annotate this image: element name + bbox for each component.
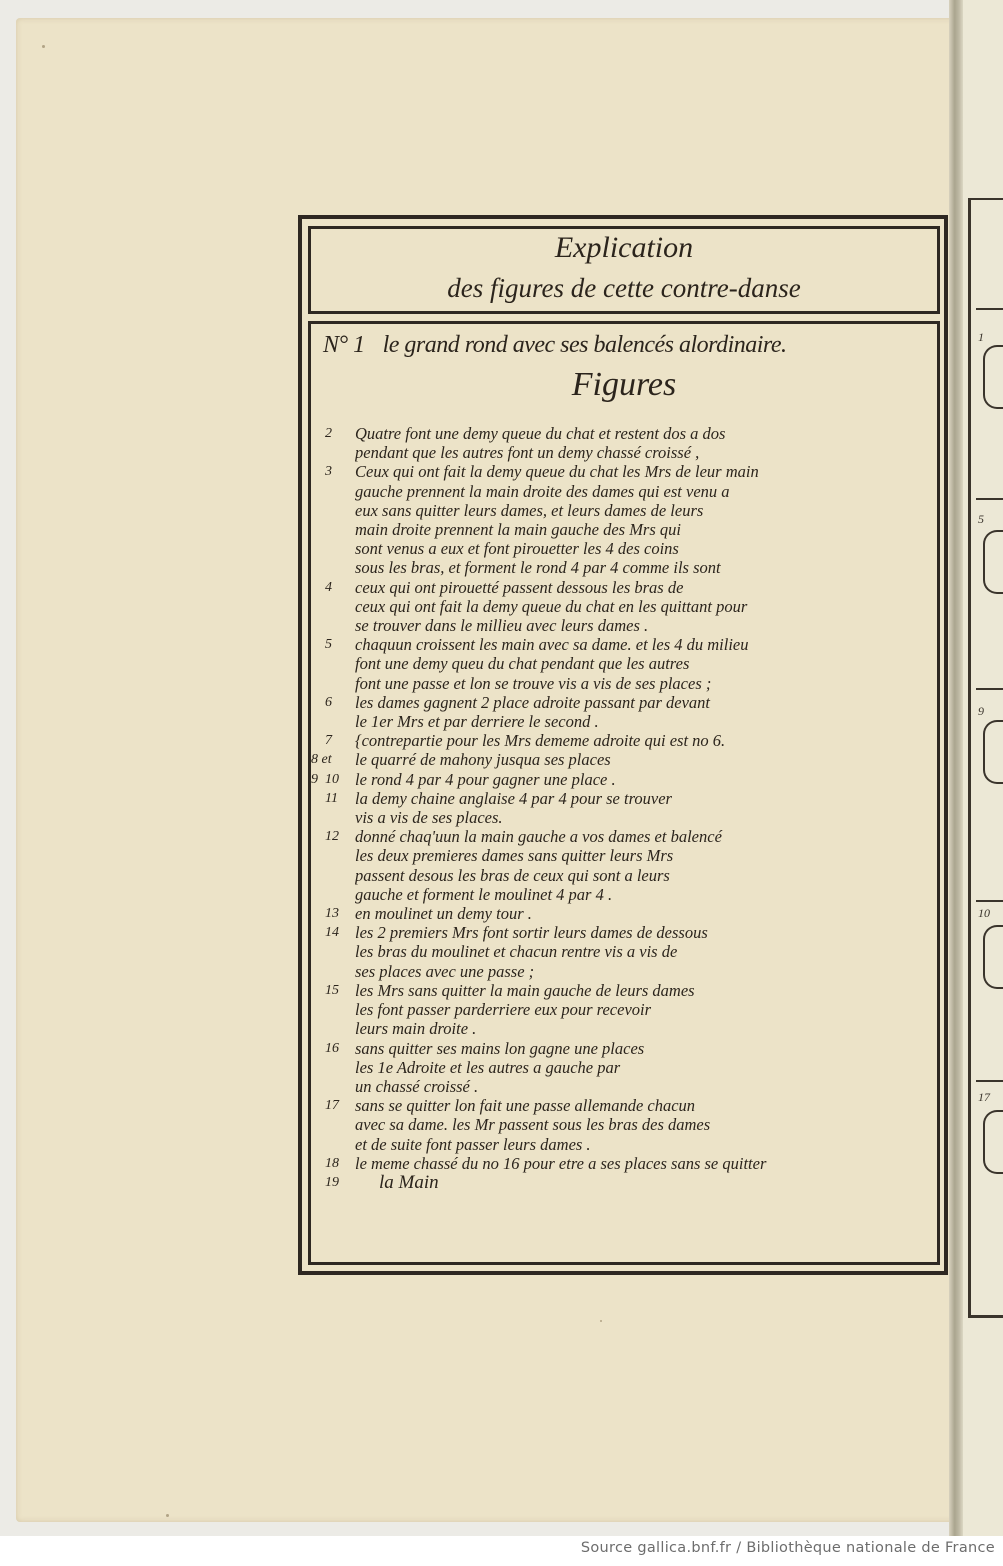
entry-line: le 1er Mrs et par derriere le second .: [355, 712, 933, 731]
figures-panel: N° 1le grand rond avec ses balencés alor…: [308, 321, 940, 1265]
adjacent-figure-number: 1: [978, 330, 984, 345]
entry-number: 7: [325, 731, 355, 750]
entry-number: 15: [325, 981, 355, 1000]
paper-speck: [600, 1320, 602, 1322]
adjacent-cell-divider: [976, 688, 1003, 690]
dance-figure-diagram-icon: [983, 530, 1003, 594]
figure-entry: 5 chaquun croissent les main avec sa dam…: [311, 635, 937, 693]
adjacent-cell-divider: [976, 1080, 1003, 1082]
figure-entry: 12 donné chaq'uun la main gauche a vos d…: [311, 827, 937, 904]
entry-line: le quarré de mahony jusqua ses places: [355, 750, 933, 769]
entry-line: sont venus a eux et font pirouetter les …: [355, 539, 933, 558]
entry-line: chaquun croissent les main avec sa dame.…: [355, 635, 933, 654]
entry-line: gauche et forment le moulinet 4 par 4 .: [355, 885, 933, 904]
dance-figure-diagram-icon: [983, 345, 1003, 409]
entry-line: sous les bras, et forment le rond 4 par …: [355, 558, 933, 577]
figure-entry: 7 {contrepartie pour les Mrs dememe adro…: [311, 731, 937, 750]
figure-entry: 2 Quatre font une demy queue du chat et …: [311, 424, 937, 462]
entry-number: 3: [325, 462, 355, 481]
entry-number: 17: [325, 1096, 355, 1115]
adjacent-figure-number: 9: [978, 704, 984, 719]
entry-line: les font passer parderriere eux pour rec…: [355, 1000, 933, 1019]
entry-number: 18: [325, 1154, 355, 1173]
adjacent-page-frame: 1 5 9 10 17: [968, 198, 1003, 1318]
figure-entry: 17 sans se quitter lon fait une passe al…: [311, 1096, 937, 1154]
section-title: Figures: [311, 366, 937, 404]
entry-line: les deux premieres dames sans quitter le…: [355, 846, 933, 865]
entry-line: un chassé croissé .: [355, 1077, 933, 1096]
entry-line: les dames gagnent 2 place adroite passan…: [355, 693, 933, 712]
paper-speck: [42, 45, 45, 48]
book-gutter: [949, 0, 963, 1536]
document-subtitle: des figures de cette contre-danse: [311, 273, 937, 304]
figure-entry: 4 ceux qui ont pirouetté passent dessous…: [311, 578, 937, 636]
title-cartouche: Explication des figures de cette contre-…: [308, 226, 940, 314]
entry-line: le meme chassé du no 16 pour etre a ses …: [355, 1154, 933, 1173]
entry-line: vis a vis de ses places.: [355, 808, 933, 827]
entry-line: ses places avec une passe ;: [355, 962, 933, 981]
entry-number: 4: [325, 578, 355, 597]
entry-line: avec sa dame. les Mr passent sous les br…: [355, 1115, 933, 1134]
entry-line: passent desous les bras de ceux qui sont…: [355, 866, 933, 885]
figure-entry: 14 les 2 premiers Mrs font sortir leurs …: [311, 923, 937, 981]
entry-line: donné chaq'uun la main gauche a vos dame…: [355, 827, 933, 846]
dance-figure-diagram-icon: [983, 1110, 1003, 1174]
entry-line: la Main: [355, 1173, 933, 1192]
figure-heading: N° 1le grand rond avec ses balencés alor…: [323, 332, 933, 359]
figure-heading-number: N° 1: [323, 332, 365, 358]
source-attribution: Source gallica.bnf.fr / Bibliothèque nat…: [0, 1540, 995, 1566]
entry-number: 14: [325, 923, 355, 942]
dance-figure-diagram-icon: [983, 720, 1003, 784]
figure-entry: 15 les Mrs sans quitter la main gauche d…: [311, 981, 937, 1039]
entry-line: les 1e Adroite et les autres a gauche pa…: [355, 1058, 933, 1077]
paper-speck: [166, 1514, 169, 1517]
figure-entries-list: 2 Quatre font une demy queue du chat et …: [311, 424, 937, 1192]
entry-line: {contrepartie pour les Mrs dememe adroit…: [355, 731, 933, 750]
figure-entry: 19 la Main: [311, 1173, 937, 1192]
entry-line: Quatre font une demy queue du chat et re…: [355, 424, 933, 443]
adjacent-cell-divider: [976, 900, 1003, 902]
figure-entry: 16 sans quitter ses mains lon gagne une …: [311, 1039, 937, 1097]
adjacent-figure-number: 5: [978, 512, 984, 527]
adjacent-cell-divider: [976, 498, 1003, 500]
entry-line: les bras du moulinet et chacun rentre vi…: [355, 942, 933, 961]
adjacent-figure-number: 10: [978, 906, 990, 921]
entry-number: 6: [325, 693, 355, 712]
figure-entry: 10 le rond 4 par 4 pour gagner une place…: [311, 770, 937, 789]
entry-line: se trouver dans le millieu avec leurs da…: [355, 616, 933, 635]
entry-number: 2: [325, 424, 355, 443]
adjacent-figure-number: 17: [978, 1090, 990, 1105]
entry-line: font une demy queu du chat pendant que l…: [355, 654, 933, 673]
figure-entry: 13 en moulinet un demy tour .: [311, 904, 937, 923]
figure-entry: 3 Ceux qui ont fait la demy queue du cha…: [311, 462, 937, 577]
entry-line: les Mrs sans quitter la main gauche de l…: [355, 981, 933, 1000]
entry-number: 16: [325, 1039, 355, 1058]
entry-line: font une passe et lon se trouve vis a vi…: [355, 674, 933, 693]
dance-figure-diagram-icon: [983, 925, 1003, 989]
entry-line: en moulinet un demy tour .: [355, 904, 933, 923]
entry-line: main droite prennent la main gauche des …: [355, 520, 933, 539]
entry-line: leurs main droite .: [355, 1019, 933, 1038]
entry-line: gauche prennent la main droite des dames…: [355, 482, 933, 501]
entry-line: la demy chaine anglaise 4 par 4 pour se …: [355, 789, 933, 808]
entry-line: ceux qui ont fait la demy queue du chat …: [355, 597, 933, 616]
entry-line: sans se quitter lon fait une passe allem…: [355, 1096, 933, 1115]
entry-line: eux sans quitter leurs dames, et leurs d…: [355, 501, 933, 520]
entry-line: ceux qui ont pirouetté passent dessous l…: [355, 578, 933, 597]
figure-entry: 18 le meme chassé du no 16 pour etre a s…: [311, 1154, 937, 1173]
figure-entry: 6 les dames gagnent 2 place adroite pass…: [311, 693, 937, 731]
entry-line: le rond 4 par 4 pour gagner une place .: [355, 770, 933, 789]
entry-number: 19: [325, 1173, 355, 1192]
entry-line: et de suite font passer leurs dames .: [355, 1135, 933, 1154]
entry-number: 5: [325, 635, 355, 654]
entry-number: 13: [325, 904, 355, 923]
entry-number: 12: [325, 827, 355, 846]
figure-entry: 11 la demy chaine anglaise 4 par 4 pour …: [311, 789, 937, 827]
document-title: Explication: [311, 231, 937, 265]
entry-line: sans quitter ses mains lon gagne une pla…: [355, 1039, 933, 1058]
entry-line: Ceux qui ont fait la demy queue du chat …: [355, 462, 933, 481]
entry-line: pendant que les autres font un demy chas…: [355, 443, 933, 462]
entry-number: 10: [325, 770, 355, 789]
figure-entry: 8 et 9 le quarré de mahony jusqua ses pl…: [311, 750, 937, 769]
entry-number: 11: [325, 789, 355, 808]
adjacent-cell-divider: [976, 308, 1003, 310]
figure-heading-text: le grand rond avec ses balencés alordina…: [383, 332, 787, 358]
entry-line: les 2 premiers Mrs font sortir leurs dam…: [355, 923, 933, 942]
